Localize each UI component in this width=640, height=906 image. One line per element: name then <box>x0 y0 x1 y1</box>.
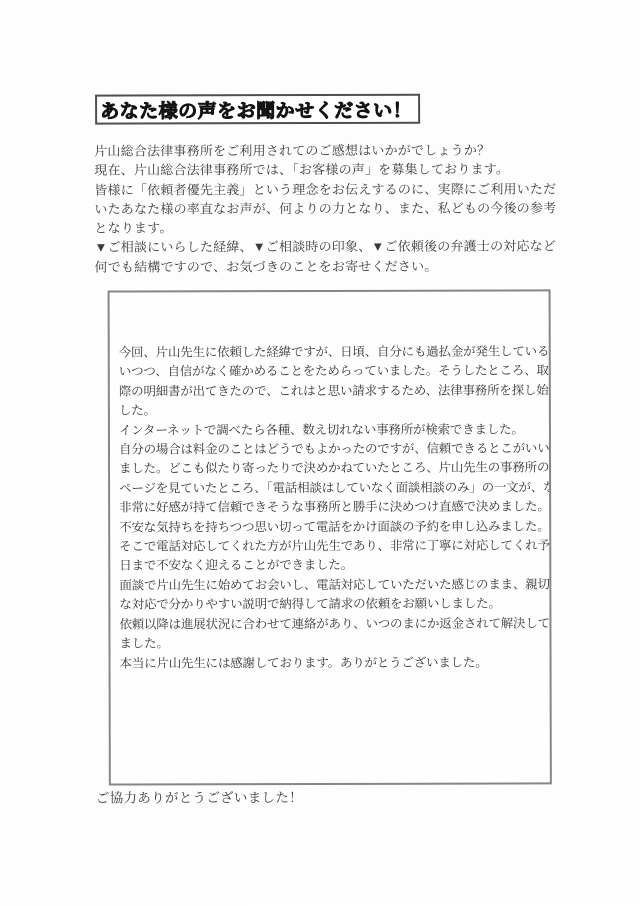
testimonial-text: 今回、片山先生に依頼した経緯ですが、日頃、自分にも過払金が発生していると思 いつ… <box>110 342 550 673</box>
intro-paragraph: 片山総合法律事務所をご利用されてのご感想はいかがでしょうか？ 現在、片山総合法律… <box>94 140 574 276</box>
page-title: あなた様の声をお聞かせください！ <box>100 95 412 123</box>
document-page: あなた様の声をお聞かせください！ 片山総合法律事務所をご利用されてのご感想はいか… <box>0 0 640 906</box>
footer-thanks: ご協力ありがとうございました！ <box>96 786 303 807</box>
title-banner: あなた様の声をお聞かせください！ <box>95 94 420 125</box>
feedback-box: 今回、片山先生に依頼した経緯ですが、日頃、自分にも過払金が発生していると思 いつ… <box>108 289 552 785</box>
